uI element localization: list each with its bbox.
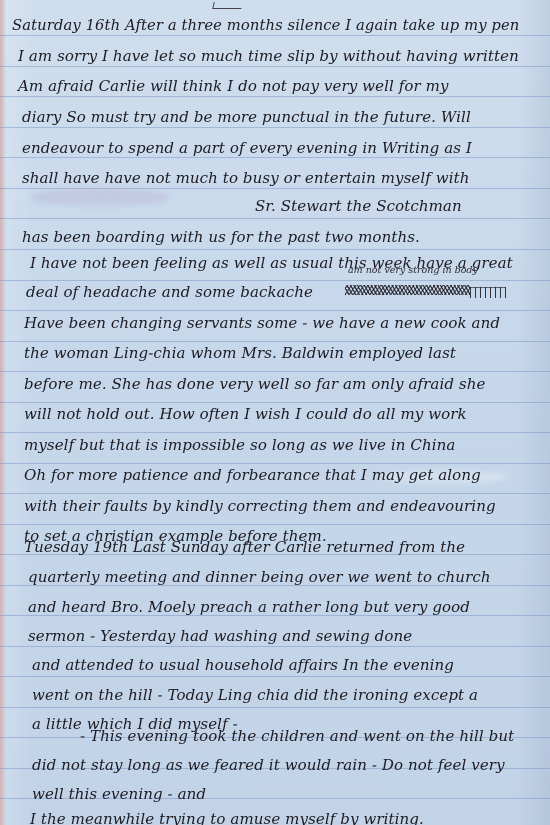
diary-page: Saturday 16th After a three months silen…	[0, 0, 550, 825]
entry-line: did not stay long as we feared it would …	[32, 756, 505, 774]
entry-line: will not hold out. How often I wish I co…	[24, 405, 467, 423]
entry-line: - This evening took the children and wen…	[80, 727, 514, 745]
ruled-line	[0, 280, 550, 281]
entry-line: quarterly meeting and dinner being over …	[28, 568, 491, 586]
ruled-line	[0, 310, 550, 311]
entry-line: Saturday 16th After a three months silen…	[12, 16, 519, 34]
entry-line: Tuesday 19th Last Sunday after Carlie re…	[24, 538, 465, 556]
ruled-line	[0, 646, 550, 647]
entry-line: went on the hill - Today Ling chia did t…	[32, 686, 478, 704]
ruled-line	[0, 493, 550, 494]
entry-line: diary So must try and be more punctual i…	[22, 108, 471, 126]
interlinear-insert: am not very strong in body	[348, 265, 478, 276]
entry-line: Am afraid Carlie will think I do not pay…	[18, 77, 449, 95]
entry-line: Have been changing servants some - we ha…	[24, 314, 500, 332]
ruled-line	[0, 96, 550, 97]
ruled-line	[0, 524, 550, 525]
page-number-mark	[212, 2, 242, 9]
entry-line: before me. She has done very well so far…	[24, 375, 485, 393]
ruled-line	[0, 341, 550, 342]
ruled-line	[0, 249, 550, 250]
entry-line: I the meanwhile trying to amuse myself b…	[30, 810, 424, 825]
ruled-line	[0, 35, 550, 36]
ruled-line	[0, 157, 550, 158]
ruled-line	[0, 371, 550, 372]
ruled-line	[0, 127, 550, 128]
struck-out-text	[345, 285, 470, 295]
entry-line: I am sorry I have let so much time slip …	[18, 47, 519, 65]
entry-line: shall have have not much to busy or ente…	[22, 169, 470, 187]
entry-line: sermon - Yesterday had washing and sewin…	[28, 627, 412, 645]
ruled-line	[0, 402, 550, 403]
entry-line: Oh for more patience and forbearance tha…	[24, 466, 481, 484]
entry-line: and attended to usual household affairs …	[32, 656, 454, 674]
entry-line: has been boarding with us for the past t…	[22, 228, 420, 246]
ruled-line	[0, 218, 550, 219]
entry-line: well this evening - and	[32, 785, 206, 803]
page-left-edge	[0, 0, 6, 825]
entry-line: endeavour to spend a part of every eveni…	[22, 139, 472, 157]
paper-stain	[30, 188, 170, 206]
ruled-line	[0, 463, 550, 464]
entry-line: and heard Bro. Moely preach a rather lon…	[28, 598, 470, 616]
entry-line: myself but that is impossible so long as…	[24, 436, 455, 454]
entry-line: with their faults by kindly correcting t…	[24, 497, 496, 515]
entry-line: Sr. Stewart the Scotchman	[255, 197, 462, 215]
entry-line: the woman Ling-chia whom Mrs. Baldwin em…	[24, 344, 456, 362]
ruled-line	[0, 707, 550, 708]
struck-out-ticks	[470, 287, 506, 298]
ruled-line	[0, 66, 550, 67]
ruled-line	[0, 676, 550, 677]
entry-line: deal of headache and some backache	[26, 283, 313, 301]
ruled-line	[0, 432, 550, 433]
